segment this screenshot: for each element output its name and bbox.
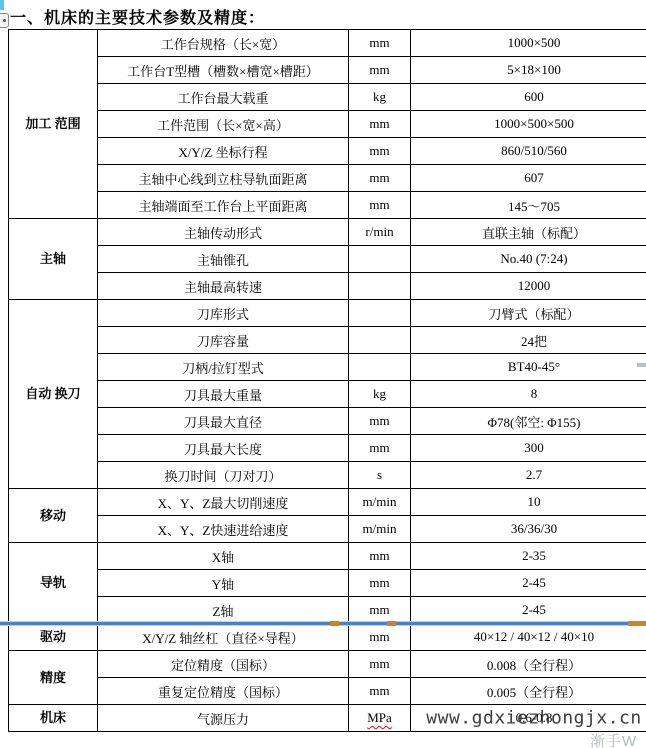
param-cell[interactable]: 刀柄/拉钉型式: [98, 354, 349, 381]
unit-text: mm: [369, 170, 389, 185]
table-row: 主轴锥孔No.40 (7:24): [9, 246, 646, 273]
param-cell[interactable]: X、Y、Z快速进给速度: [98, 516, 349, 543]
unit-cell[interactable]: mm: [349, 435, 411, 462]
unit-cell[interactable]: mm: [349, 138, 411, 165]
value-cell[interactable]: 300: [411, 435, 646, 462]
value-cell[interactable]: 0.005（全行程）: [411, 678, 646, 705]
value-cell[interactable]: 145～705: [411, 192, 646, 219]
unit-text: mm: [369, 116, 389, 131]
category-cell[interactable]: 主轴: [9, 219, 98, 300]
category-cell[interactable]: 导轨: [9, 543, 98, 624]
table-row: 刀柄/拉钉型式BT40-45°: [9, 354, 646, 381]
table-row: 加工 范围工作台规格（长×宽）mm1000×500: [9, 30, 646, 57]
unit-text: mm: [369, 683, 389, 698]
unit-cell[interactable]: mm: [349, 30, 411, 57]
value-text: 607: [524, 170, 544, 185]
value-text: No.40 (7:24): [500, 251, 567, 266]
value-cell[interactable]: 8: [411, 381, 646, 408]
unit-text: mm: [369, 35, 389, 50]
param-cell[interactable]: 刀库容量: [98, 327, 349, 354]
unit-cell[interactable]: mm: [349, 57, 411, 84]
param-cell[interactable]: X、Y、Z最大切削速度: [98, 489, 349, 516]
param-cell[interactable]: 工作台最大载重: [98, 84, 349, 111]
unit-text: r/min: [365, 224, 393, 239]
unit-text: mm: [369, 656, 389, 671]
table-row: 机床气源压力MPa0.6-0.8www.gdxiezhongjx.cn: [9, 705, 646, 732]
value-text: 24把: [521, 334, 547, 349]
unit-cell[interactable]: MPa: [349, 705, 411, 732]
category-cell[interactable]: 加工 范围: [9, 30, 98, 219]
param-cell[interactable]: 主轴传动形式: [98, 219, 349, 246]
category-cell[interactable]: 驱动: [9, 624, 98, 651]
value-cell[interactable]: 860/510/560: [411, 138, 646, 165]
split-bar-tick: [387, 621, 396, 626]
table-row: 重复定位精度（国标）mm0.005（全行程）: [9, 678, 646, 705]
unit-cell[interactable]: mm: [349, 651, 411, 678]
table-row: 导轨X轴mm2-35: [9, 543, 646, 570]
param-cell[interactable]: 换刀时间（刀对刀）: [98, 462, 349, 489]
unit-cell[interactable]: mm: [349, 570, 411, 597]
value-cell[interactable]: 2-35: [411, 543, 646, 570]
unit-text: kg: [373, 386, 386, 401]
value-text: 1000×500: [508, 35, 561, 50]
table-row: X、Y、Z快速进给速度m/min36/36/30: [9, 516, 646, 543]
unit-text: mm: [369, 143, 389, 158]
value-cell[interactable]: 2.7: [411, 462, 646, 489]
unit-cell[interactable]: mm: [349, 192, 411, 219]
unit-cell[interactable]: mm: [349, 408, 411, 435]
param-cell[interactable]: Y轴: [98, 570, 349, 597]
table-row: X/Y/Z 坐标行程mm860/510/560: [9, 138, 646, 165]
table-row: 工作台T型槽（槽数×槽宽×槽距）mm5×18×100: [9, 57, 646, 84]
param-cell[interactable]: 工作台规格（长×宽）: [98, 30, 349, 57]
unit-text: mm: [369, 602, 389, 617]
table-row: 刀具最大长度mm300: [9, 435, 646, 462]
param-cell[interactable]: 主轴最高转速: [98, 273, 349, 300]
value-text: 0.008（全行程）: [487, 658, 581, 673]
category-cell[interactable]: 精度: [9, 651, 98, 705]
unit-text: mm: [369, 548, 389, 563]
unit-cell[interactable]: mm: [349, 678, 411, 705]
unit-cell[interactable]: mm: [349, 543, 411, 570]
param-cell[interactable]: 刀具最大直径: [98, 408, 349, 435]
value-text: 860/510/560: [501, 143, 567, 158]
value-text: 0.6-0.8: [516, 710, 553, 725]
unit-text: mm: [369, 629, 389, 644]
unit-cell[interactable]: [349, 273, 411, 300]
unit-cell[interactable]: [349, 246, 411, 273]
value-cell[interactable]: 36/36/30: [411, 516, 646, 543]
unit-cell[interactable]: m/min: [349, 516, 411, 543]
param-cell[interactable]: 气源压力: [98, 705, 349, 732]
param-cell[interactable]: 刀库形式: [98, 300, 349, 327]
table-row: 刀库容量24把: [9, 327, 646, 354]
unit-text: mm: [369, 413, 389, 428]
param-cell[interactable]: 刀具最大重量: [98, 381, 349, 408]
param-cell[interactable]: 工件范围（长×宽×高）: [98, 111, 349, 138]
value-text: 直联主轴（标配）: [482, 226, 586, 241]
unit-cell[interactable]: r/min: [349, 219, 411, 246]
value-cell[interactable]: 40×12 / 40×12 / 40×10: [411, 624, 646, 651]
category-cell[interactable]: 机床: [9, 705, 98, 732]
value-text: 2-35: [522, 548, 546, 563]
value-cell[interactable]: 2-45: [411, 597, 646, 624]
value-text: 145～705: [508, 199, 560, 214]
unit-text: mm: [369, 575, 389, 590]
corner-watermark: 渐手W: [590, 730, 637, 748]
unit-text: MPa: [367, 710, 392, 725]
value-text: 2.7: [526, 467, 542, 482]
unit-cell[interactable]: mm: [349, 624, 411, 651]
value-cell[interactable]: 10: [411, 489, 646, 516]
table-row: 刀具最大直径mmΦ78(邻空: Φ155): [9, 408, 646, 435]
value-text: 刀臂式（标配）: [488, 307, 579, 322]
pane-handle-button[interactable]: [0, 13, 9, 28]
value-cell[interactable]: 24把: [411, 327, 646, 354]
table-row: 工件范围（长×宽×高）mm1000×500×500: [9, 111, 646, 138]
category-cell[interactable]: 移动: [9, 489, 98, 543]
value-text: 300: [524, 440, 544, 455]
split-bar-tick: [628, 621, 646, 626]
unit-text: m/min: [363, 494, 397, 509]
table-row: 自动 换刀刀库形式刀臂式（标配）: [9, 300, 646, 327]
value-cell[interactable]: 607: [411, 165, 646, 192]
table-row: 刀具最大重量kg8: [9, 381, 646, 408]
unit-text: s: [377, 467, 382, 482]
param-cell[interactable]: 主轴锥孔: [98, 246, 349, 273]
table-row: 主轴最高转速12000: [9, 273, 646, 300]
unit-cell[interactable]: mm: [349, 111, 411, 138]
value-cell[interactable]: 0.008（全行程）: [411, 651, 646, 678]
category-cell[interactable]: 自动 换刀: [9, 300, 98, 489]
table-row: Y轴mm2-45: [9, 570, 646, 597]
table-row: 精度定位精度（国标）mm0.008（全行程）: [9, 651, 646, 678]
table-row: 主轴中心线到立柱导轨面距离mm607: [9, 165, 646, 192]
spec-table: 加工 范围工作台规格（长×宽）mm1000×500工作台T型槽（槽数×槽宽×槽距…: [8, 29, 646, 732]
value-text: 2-45: [522, 602, 546, 617]
unit-cell[interactable]: mm: [349, 165, 411, 192]
scrollbar-dash: [637, 363, 646, 367]
page-title: 一、机床的主要技术参数及精度：: [10, 5, 265, 28]
table-row: 工作台最大载重kg600: [9, 84, 646, 111]
param-cell[interactable]: X轴: [98, 543, 349, 570]
value-text: 10: [528, 494, 541, 509]
param-cell[interactable]: 定位精度（国标）: [98, 651, 349, 678]
value-text: 1000×500×500: [494, 116, 574, 131]
value-text: 600: [524, 89, 544, 104]
table-row: 驱动X/Y/Z 轴丝杠（直径×导程）mm40×12 / 40×12 / 40×1…: [9, 624, 646, 651]
value-cell[interactable]: BT40-45°: [411, 354, 646, 381]
value-text: 2-45: [522, 575, 546, 590]
param-cell[interactable]: 重复定位精度（国标）: [98, 678, 349, 705]
param-cell[interactable]: X/Y/Z 轴丝杠（直径×导程）: [98, 624, 349, 651]
table-row: Z轴mm2-45: [9, 597, 646, 624]
unit-cell[interactable]: s: [349, 462, 411, 489]
value-text: 40×12 / 40×12 / 40×10: [474, 629, 594, 644]
unit-cell[interactable]: [349, 354, 411, 381]
param-cell[interactable]: 主轴端面至工作台上平面距离: [98, 192, 349, 219]
freeze-pane-split-bar[interactable]: [0, 621, 646, 626]
param-cell[interactable]: 工作台T型槽（槽数×槽宽×槽距）: [98, 57, 349, 84]
unit-text: m/min: [363, 521, 397, 536]
value-text: 5×18×100: [507, 62, 561, 77]
spec-table-body: 加工 范围工作台规格（长×宽）mm1000×500工作台T型槽（槽数×槽宽×槽距…: [9, 30, 646, 732]
value-cell[interactable]: Φ78(邻空: Φ155): [411, 408, 646, 435]
table-row: 移动X、Y、Z最大切削速度m/min10: [9, 489, 646, 516]
unit-text: kg: [373, 89, 386, 104]
unit-cell[interactable]: mm: [349, 597, 411, 624]
value-cell[interactable]: No.40 (7:24): [411, 246, 646, 273]
value-cell[interactable]: 1000×500: [411, 30, 646, 57]
param-cell[interactable]: 主轴中心线到立柱导轨面距离: [98, 165, 349, 192]
value-text: 12000: [518, 278, 551, 293]
unit-cell[interactable]: [349, 300, 411, 327]
unit-text: mm: [369, 62, 389, 77]
value-text: 0.005（全行程）: [487, 685, 581, 700]
table-row: 主轴主轴传动形式r/min直联主轴（标配）: [9, 219, 646, 246]
corner-blue-chip: [0, 0, 4, 10]
param-cell[interactable]: Z轴: [98, 597, 349, 624]
value-text: BT40-45°: [508, 359, 560, 374]
value-text: Φ78(邻空: Φ155): [487, 415, 580, 430]
value-cell[interactable]: 5×18×100: [411, 57, 646, 84]
value-cell[interactable]: 600: [411, 84, 646, 111]
unit-cell[interactable]: [349, 327, 411, 354]
unit-text: mm: [369, 197, 389, 212]
param-cell[interactable]: 刀具最大长度: [98, 435, 349, 462]
unit-cell[interactable]: m/min: [349, 489, 411, 516]
value-cell[interactable]: 0.6-0.8www.gdxiezhongjx.cn: [411, 705, 646, 732]
param-cell[interactable]: X/Y/Z 坐标行程: [98, 138, 349, 165]
value-cell[interactable]: 12000: [411, 273, 646, 300]
table-row: 主轴端面至工作台上平面距离mm145～705: [9, 192, 646, 219]
unit-cell[interactable]: kg: [349, 84, 411, 111]
value-cell[interactable]: 直联主轴（标配）: [411, 219, 646, 246]
table-row: 换刀时间（刀对刀）s2.7: [9, 462, 646, 489]
unit-text: mm: [369, 440, 389, 455]
value-text: 8: [531, 386, 538, 401]
split-bar-tick: [330, 621, 339, 626]
value-text: 36/36/30: [511, 521, 557, 536]
value-cell[interactable]: 刀臂式（标配）: [411, 300, 646, 327]
value-cell[interactable]: 1000×500×500: [411, 111, 646, 138]
unit-cell[interactable]: kg: [349, 381, 411, 408]
value-cell[interactable]: 2-45: [411, 570, 646, 597]
